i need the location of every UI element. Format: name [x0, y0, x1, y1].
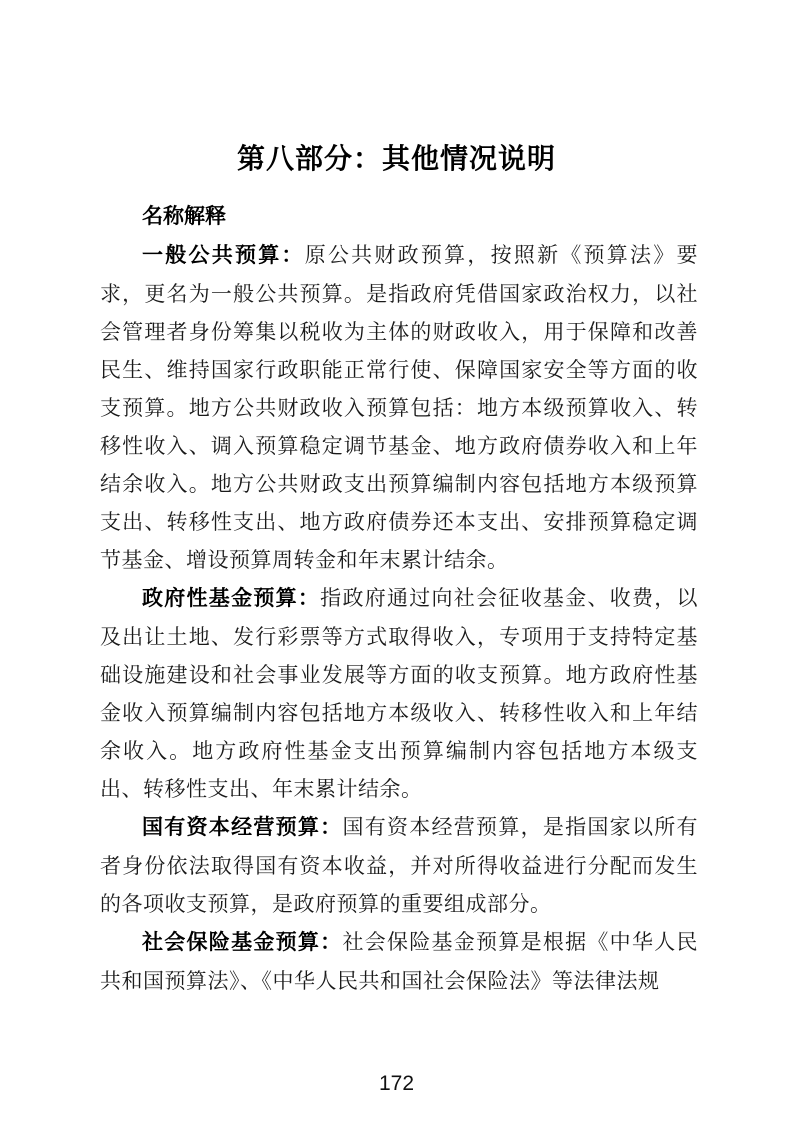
term-label: 国有资本经营预算： [142, 816, 342, 839]
page-number: 172 [0, 1072, 793, 1096]
page-title: 第八部分：其他情况说明 [0, 0, 793, 177]
definition-text: 原公共财政预算，按照新《预算法》要求，更名为一般公共预算。是指政府凭借国家政治权… [100, 243, 698, 572]
definition-paragraph: 一般公共预算：原公共财政预算，按照新《预算法》要求，更名为一般公共预算。是指政府… [100, 236, 698, 579]
term-label: 社会保险基金预算： [142, 931, 342, 954]
section-heading: 名称解释 [100, 198, 698, 236]
definition-paragraph: 社会保险基金预算：社会保险基金预算是根据《中华人民共和国预算法》、《中华人民共和… [100, 923, 698, 1000]
document-body: 名称解释 一般公共预算：原公共财政预算，按照新《预算法》要求，更名为一般公共预算… [100, 198, 698, 1000]
document-page: 第八部分：其他情况说明 名称解释 一般公共预算：原公共财政预算，按照新《预算法》… [0, 0, 793, 1122]
definition-text: 指政府通过向社会征收基金、收费，以及出让土地、发行彩票等方式取得收入，专项用于支… [100, 586, 698, 801]
term-label: 政府性基金预算： [142, 587, 320, 610]
term-label: 一般公共预算： [142, 244, 305, 267]
definition-paragraph: 政府性基金预算：指政府通过向社会征收基金、收费，以及出让土地、发行彩票等方式取得… [100, 579, 698, 808]
definition-paragraph: 国有资本经营预算：国有资本经营预算，是指国家以所有者身份依法取得国有资本收益，并… [100, 808, 698, 923]
